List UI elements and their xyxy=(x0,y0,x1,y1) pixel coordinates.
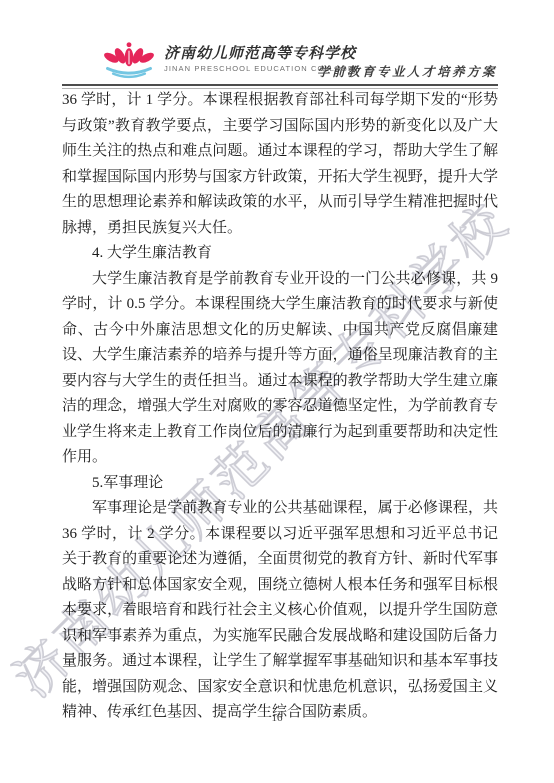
section-4-body: 大学生廉洁教育是学前教育专业开设的一门公共必修课，共 9 学时，计 0.5 学分… xyxy=(62,267,498,471)
page-number: 16 xyxy=(272,712,283,724)
section-5-body: 军事理论是学前教育专业的公共基础课程，属于必修课程，共 36 学时，计 2 学分… xyxy=(62,496,498,726)
section-5-heading: 5.军事理论 xyxy=(62,471,498,497)
paragraph-continuation: 36 学时，计 1 学分。本课程根据教育部社科司每学期下发的“形势与政策”教育教… xyxy=(62,88,498,241)
lotus-flower-logo-icon xyxy=(101,41,157,81)
page-footer: 16 xyxy=(0,708,554,726)
school-name-chinese: 济南幼儿师范高等专科学校 xyxy=(164,46,356,63)
document-body: 36 学时，计 1 学分。本课程根据教育部社科司每学期下发的“形势与政策”教育教… xyxy=(62,88,498,726)
header-rule-thick xyxy=(62,84,498,86)
document-page: 济南幼儿师范高等专科学校 济南幼儿师范高等专科学校 JINAN PRESCHOO… xyxy=(0,0,554,783)
section-4-heading: 4. 大学生廉洁教育 xyxy=(62,241,498,267)
document-title: 学前教育专业人才培养方案 xyxy=(317,62,497,80)
